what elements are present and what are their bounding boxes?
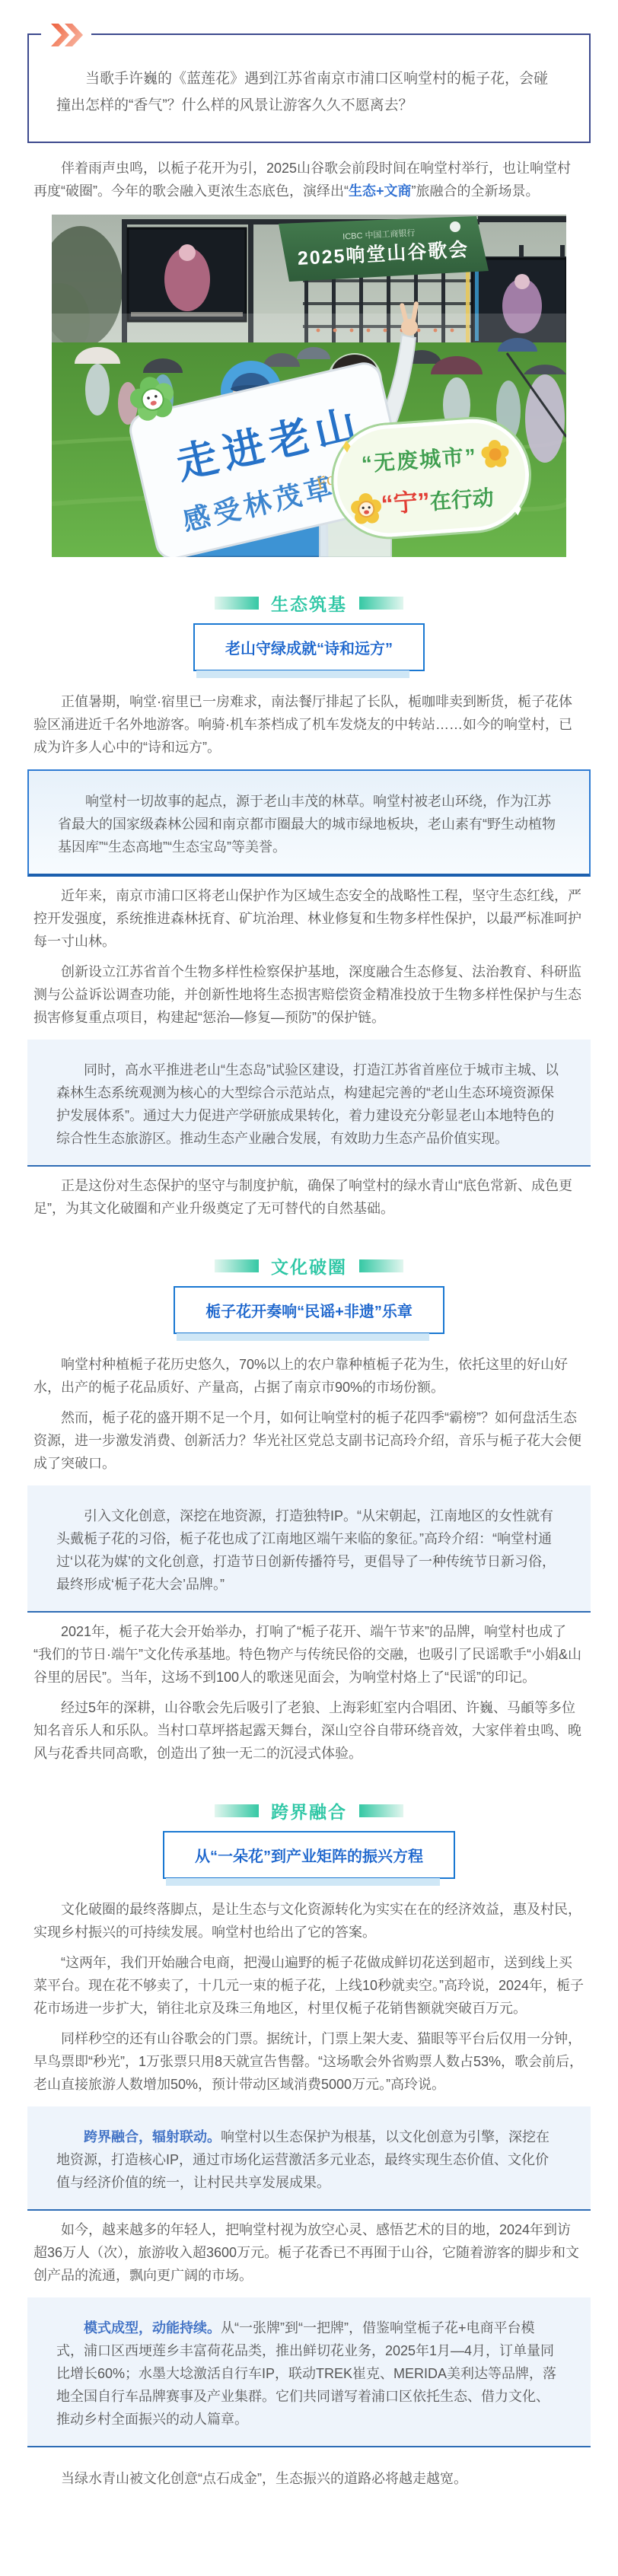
paragraph: 经过5年的深耕，山谷歌会先后吸引了老狼、上海彩虹室内合唱团、许巍、马頔等多位知名… — [33, 1696, 585, 1765]
paragraph: 然而，栀子花的盛开期不足一个月，如何让响堂村的栀子花四季“霸榜”？如何盘活生态资… — [33, 1406, 585, 1475]
quote-text: 模式成型，动能持续。从“一张牌”到“一把牌”，借鉴响堂栀子花+电商平台模式，浦口… — [56, 2316, 562, 2431]
closing-paragraph: 当绿水青山被文化创意“点石成金”，生态振兴的道路必将越走越宽。 — [33, 2467, 585, 2490]
double-chevron-icon — [41, 23, 91, 47]
paragraph: 响堂村种植栀子花历史悠久，70%以上的农户靠种植栀子花为生，依托这里的好山好水，… — [33, 1353, 585, 1399]
section1-header: 生态筑基 — [0, 591, 618, 616]
stage-banner: ICBC 中国工商银行 2025响堂山谷歌会 — [279, 216, 489, 282]
right-sign-line2-green: 在行动 — [429, 486, 495, 514]
quote-text: 同时，高水平推进老山“生态岛”试验区建设，打造江苏省首座位于城市主城、以森林生态… — [56, 1059, 562, 1150]
framed-quote-box: 响堂村一切故事的起点，源于老山丰茂的林草。响堂村被老山环绕，作为江苏省最大的国家… — [27, 769, 591, 877]
quote-box: 模式成型，动能持续。从“一张牌”到“一把牌”，借鉴响堂栀子花+电商平台模式，浦口… — [27, 2297, 591, 2447]
quote-rest: 从“一张牌”到“一把牌”，借鉴响堂栀子花+电商平台模式，浦口区西埂莲乡丰富荷花品… — [56, 2320, 556, 2427]
section2-tag: 文化破圈 — [271, 1253, 347, 1278]
header-bar-right — [359, 1804, 403, 1817]
header-bar-left — [215, 597, 259, 610]
lead-highlight: 生态+文商 — [349, 183, 412, 199]
section3-header: 跨界融合 — [0, 1798, 618, 1823]
section2-title-wrap: 栀子花开奏响“民谣+非遗”乐章 — [0, 1286, 618, 1345]
quote-lead-bold: 模式成型，动能持续。 — [84, 2320, 221, 2336]
quote-box: 同时，高水平推进老山“生态岛”试验区建设，打造江苏省首座位于城市主城、以森林生态… — [27, 1040, 591, 1167]
paragraph: 同样秒空的还有山谷歌会的门票。据统计，门票上架大麦、猫眼等平台后仅用一分钟，早鸟… — [33, 2027, 585, 2096]
lead-paragraph: 伴着雨声虫鸣，以栀子花开为引，2025山谷歌会前段时间在响堂村举行，也让响堂村再… — [33, 157, 585, 202]
quote-text: 跨界融合，辐射联动。响堂村以生态保护为根基，以文化创意为引擎，深挖在地资源，打造… — [56, 2125, 562, 2194]
section3-title-box: 从“一朵花”到产业矩阵的振兴方程 — [163, 1831, 455, 1879]
lead-text-post: ”旅融合的全新场景。 — [412, 183, 540, 199]
intro-quote-box: 当歌手许巍的《蓝莲花》遇到江苏省南京市浦口区响堂村的栀子花，会碰撞出怎样的“香气… — [27, 33, 591, 143]
paragraph: 正是这份对生态保护的坚守与制度护航，确保了响堂村的绿水青山“底色常新、成色更足”… — [33, 1174, 585, 1220]
led-screen-left — [128, 228, 246, 321]
header-bar-left — [215, 1259, 259, 1272]
header-bar-right — [359, 1259, 403, 1272]
paragraph: 文化破圈的最终落脚点，是让生态与文化资源转化为实实在在的经济效益，惠及村民，实现… — [33, 1898, 585, 1944]
paragraph: 创新设立江苏省首个生物多样性检察保护基地，深度融合生态修复、法治教育、科研监测与… — [33, 960, 585, 1029]
section2-title: 栀子花开奏响“民谣+非遗”乐章 — [205, 1304, 413, 1320]
quote-lead-bold: 跨界融合，辐射联动。 — [84, 2129, 221, 2145]
section3-title-wrap: 从“一朵花”到产业矩阵的振兴方程 — [0, 1831, 618, 1890]
quote-text: 响堂村一切故事的起点，源于老山丰茂的林草。响堂村被老山环绕，作为江苏省最大的国家… — [58, 790, 560, 858]
section3-title: 从“一朵花”到产业矩阵的振兴方程 — [195, 1848, 423, 1865]
section3-tag: 跨界融合 — [271, 1798, 347, 1823]
paragraph: 如今，越来越多的年轻人，把响堂村视为放空心灵、感悟艺术的目的地，2024年到访超… — [33, 2218, 585, 2287]
header-bar-left — [215, 1804, 259, 1817]
section2-title-box: 栀子花开奏响“民谣+非遗”乐章 — [174, 1286, 444, 1334]
section2-header: 文化破圈 — [0, 1253, 618, 1278]
quote-box: 跨界融合，辐射联动。响堂村以生态保护为根基，以文化创意为引擎，深挖在地资源，打造… — [27, 2106, 591, 2211]
quote-box: 引入文化创意，深挖在地资源，打造独特IP。“从宋朝起，江南地区的女性就有头戴栀子… — [27, 1485, 591, 1613]
section1-title-box: 老山守绿成就“诗和远方” — [193, 623, 425, 671]
section1-title: 老山守绿成就“诗和远方” — [225, 641, 393, 658]
header-bar-right — [359, 597, 403, 610]
intro-text: 当歌手许巍的《蓝莲花》遇到江苏省南京市浦口区响堂村的栀子花，会碰撞出怎样的“香气… — [56, 65, 562, 119]
paragraph: “这两年，我们开始融合电商，把漫山遍野的栀子花做成鲜切花送到超市，送到线上买菜平… — [33, 1951, 585, 2020]
article-page: 当歌手许巍的《蓝莲花》遇到江苏省南京市浦口区响堂村的栀子花，会碰撞出怎样的“香气… — [0, 0, 618, 2576]
section1-title-wrap: 老山守绿成就“诗和远方” — [0, 623, 618, 683]
paragraph: 2021年，栀子花大会开始举办，打响了“栀子花开、端午节来”的品牌，响堂村也成了… — [33, 1620, 585, 1689]
paragraph: 正值暑期，响堂·宿里已一房难求，南法餐厅排起了长队，栀咖啡卖到断货，栀子花体验区… — [33, 690, 585, 759]
paragraph: 近年来，南京市浦口区将老山保护作为区域生态安全的战略性工程，坚守生态红线，严控开… — [33, 884, 585, 953]
section1-tag: 生态筑基 — [271, 591, 347, 616]
right-sign-line2-red: “宁” — [381, 487, 431, 517]
right-sign: “无废城市” “宁”在行动 — [329, 414, 534, 542]
event-photo[interactable]: ICBC 中国工商银行 2025响堂山谷歌会 — [52, 215, 566, 557]
quote-text: 引入文化创意，深挖在地资源，打造独特IP。“从宋朝起，江南地区的女性就有头戴栀子… — [56, 1505, 562, 1596]
